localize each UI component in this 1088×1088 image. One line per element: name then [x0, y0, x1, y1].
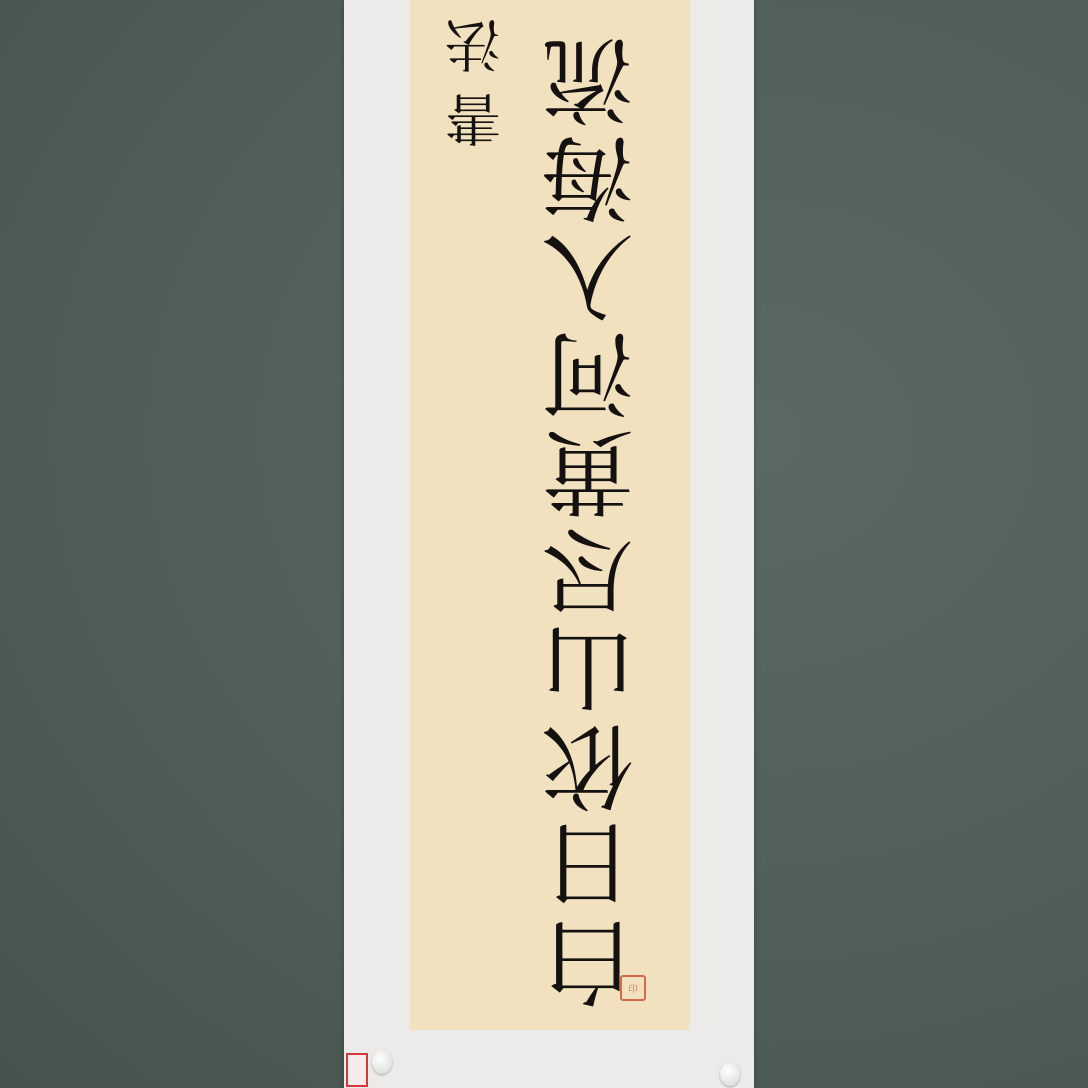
calligraphy-inscription: 書法: [450, 0, 506, 148]
calligraphy-main-text: 白日依山尽黄河入海流: [550, 30, 642, 1010]
hanging-scroll: 白日依山尽黄河入海流 書法 印: [344, 0, 754, 1088]
calligraphy-paper: 白日依山尽黄河入海流 書法 印: [410, 0, 690, 1030]
pin-right: [720, 1062, 740, 1086]
red-label-tag: [346, 1053, 368, 1087]
red-seal-stamp: 印: [620, 975, 646, 1001]
pin-left: [372, 1050, 392, 1074]
